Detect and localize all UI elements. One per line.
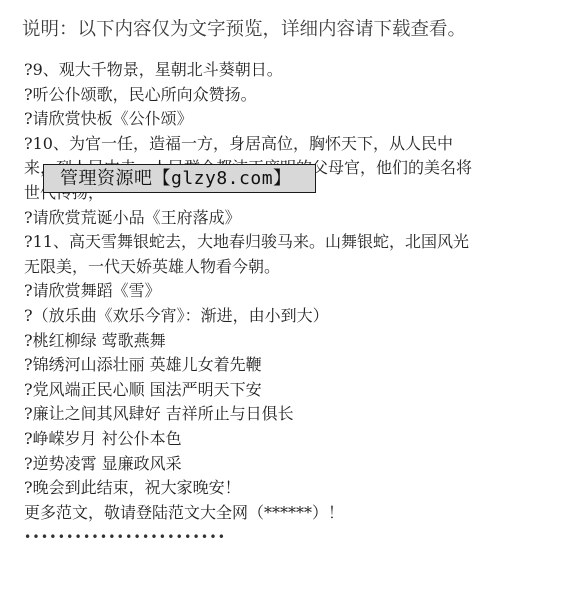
text-line: ?党风端正民心顺 国法严明天下安 — [24, 378, 564, 403]
text-line: 更多范文，敬请登陆范文大全网（******）！ — [24, 501, 564, 526]
dotted-separator: •••••••••••••••••••••••• — [24, 525, 564, 550]
text-line: ?11、高天雪舞银蛇去，大地春归骏马来。山舞银蛇，北国风光 — [24, 230, 564, 255]
preview-notice-header: 说明：以下内容仅为文字预览，详细内容请下载查看。 — [22, 17, 466, 43]
text-line: ?锦绣河山添壮丽 英雄儿女着先鞭 — [24, 353, 564, 378]
text-line: ?请欣赏荒诞小品《王府落成》 — [24, 206, 564, 231]
text-line: ?请欣赏快板《公仆颂》 — [24, 107, 564, 132]
document-body: ?9、观大千物景，星朝北斗葵朝日。 ?听公仆颂歌，民心所向众赞扬。 ?请欣赏快板… — [24, 58, 564, 550]
text-line: ?9、观大千物景，星朝北斗葵朝日。 — [24, 58, 564, 83]
text-line: ?听公仆颂歌，民心所向众赞扬。 — [24, 83, 564, 108]
text-line: ?桃红柳绿 莺歌燕舞 — [24, 329, 564, 354]
text-line: ?请欣赏舞蹈《雪》 — [24, 279, 564, 304]
text-line: 无限美，一代天娇英雄人物看今朝。 — [24, 255, 564, 280]
watermark-overlay: 管理资源吧【glzy8.com】 — [43, 164, 316, 193]
text-line: ?晚会到此结束，祝大家晚安！ — [24, 476, 564, 501]
text-line: ?10、为官一任，造福一方，身居高位，胸怀天下，从人民中 — [24, 132, 564, 157]
text-line: ?（放乐曲《欢乐今宵》：渐进，由小到大） — [24, 304, 564, 329]
text-line: ?逆势凌霄 显廉政风采 — [24, 452, 564, 477]
text-line: ?峥嵘岁月 衬公仆本色 — [24, 427, 564, 452]
text-line: ?廉让之间其风肆好 吉祥所止与日俱长 — [24, 402, 564, 427]
